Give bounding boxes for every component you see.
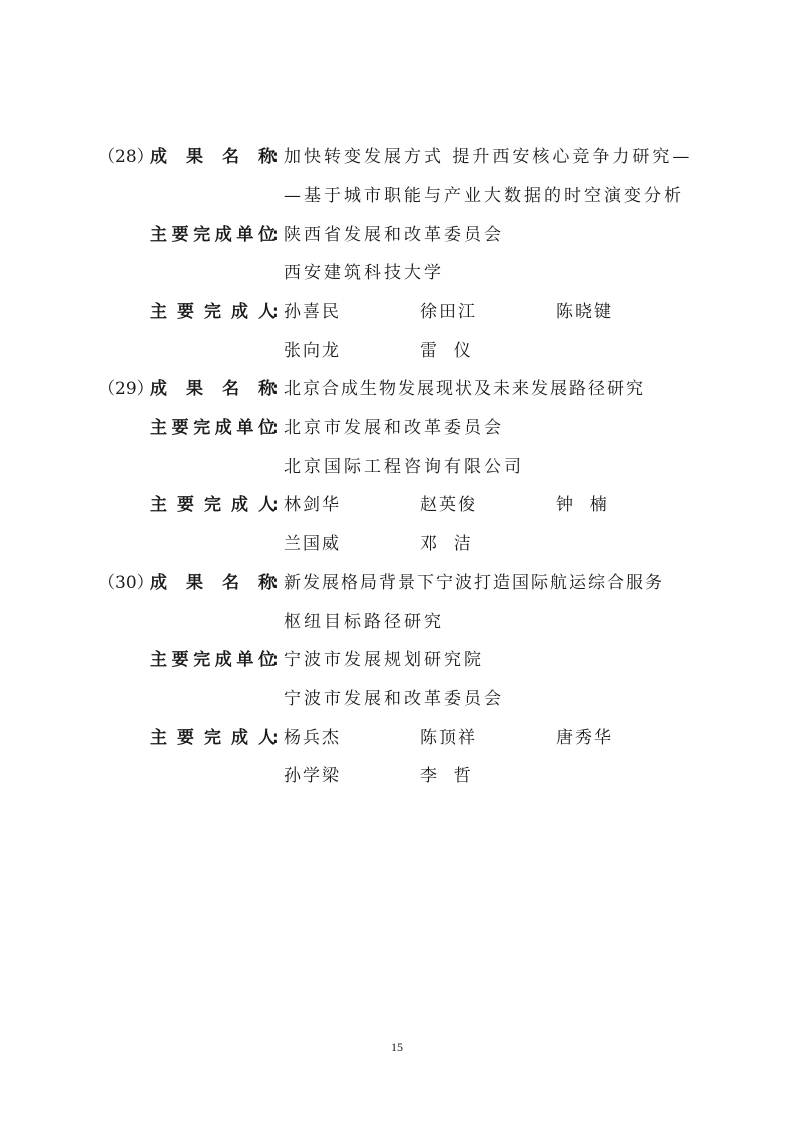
label-char: 要 bbox=[172, 416, 189, 440]
label-char: 成 bbox=[231, 300, 248, 324]
page-number: 15 bbox=[0, 1040, 794, 1055]
label-char: 完 bbox=[193, 223, 210, 247]
label-char: 成 bbox=[231, 493, 248, 517]
units-label: 主要完成单位 bbox=[150, 223, 275, 247]
label-char: 完 bbox=[193, 648, 210, 672]
label-char: 成 bbox=[215, 416, 232, 440]
unit-name: 宁波市发展规划研究院 bbox=[284, 648, 484, 672]
label-char: 单 bbox=[236, 223, 253, 247]
entry-number: （28） bbox=[98, 145, 154, 169]
person-name: 李 哲 bbox=[420, 764, 473, 788]
colon: : bbox=[272, 571, 279, 595]
result-name-label: 成 果 名 称 bbox=[150, 145, 275, 169]
entry-title-line: 枢纽目标路径研究 bbox=[284, 610, 444, 634]
colon: : bbox=[272, 726, 279, 750]
label-char: 要 bbox=[177, 300, 194, 324]
label-char: 要 bbox=[172, 648, 189, 672]
label-char: 成 bbox=[150, 377, 167, 401]
colon: : bbox=[272, 145, 279, 169]
label-char: 要 bbox=[177, 493, 194, 517]
unit-name: 西安建筑科技大学 bbox=[284, 261, 444, 285]
colon: : bbox=[272, 300, 279, 324]
person-name: 林剑华 bbox=[284, 493, 341, 517]
label-char: 果 bbox=[186, 145, 203, 169]
persons-label: 主要完成人 bbox=[150, 300, 275, 324]
units-label: 主要完成单位 bbox=[150, 416, 275, 440]
unit-name: 北京市发展和改革委员会 bbox=[284, 416, 504, 440]
entry-title-line: —基于城市职能与产业大数据的时空演变分析 bbox=[284, 184, 684, 208]
label-char: 要 bbox=[172, 223, 189, 247]
person-name: 邓 洁 bbox=[420, 532, 473, 556]
label-char: 成 bbox=[215, 223, 232, 247]
label-char: 完 bbox=[193, 416, 210, 440]
label-char: 主 bbox=[150, 416, 167, 440]
unit-name: 宁波市发展和改革委员会 bbox=[284, 687, 504, 711]
label-char: 完 bbox=[204, 300, 221, 324]
entry-title-line: 北京合成生物发展现状及未来发展路径研究 bbox=[284, 377, 645, 401]
entry-title-line: 新发展格局背景下宁波打造国际航运综合服务 bbox=[284, 571, 664, 595]
label-char: 主 bbox=[150, 223, 167, 247]
label-char: 成 bbox=[150, 145, 167, 169]
colon: : bbox=[272, 493, 279, 517]
person-name: 徐田江 bbox=[420, 300, 477, 324]
unit-name: 陕西省发展和改革委员会 bbox=[284, 223, 504, 247]
label-char: 主 bbox=[150, 648, 167, 672]
person-name: 雷 仪 bbox=[420, 339, 473, 363]
person-name: 唐秀华 bbox=[556, 726, 613, 750]
entry-title-line: 加快转变发展方式 提升西安核心竞争力研究— bbox=[284, 145, 692, 169]
entry-number: （30） bbox=[98, 571, 154, 595]
label-char: 单 bbox=[236, 648, 253, 672]
person-name: 兰国威 bbox=[284, 532, 341, 556]
label-char: 主 bbox=[150, 726, 167, 750]
label-char: 要 bbox=[177, 726, 194, 750]
colon: : bbox=[272, 416, 279, 440]
colon: : bbox=[272, 377, 279, 401]
person-name: 孙喜民 bbox=[284, 300, 341, 324]
colon: : bbox=[272, 223, 279, 247]
person-name: 陈顶祥 bbox=[420, 726, 477, 750]
label-char: 完 bbox=[204, 493, 221, 517]
label-char: 成 bbox=[215, 648, 232, 672]
persons-label: 主要完成人 bbox=[150, 726, 275, 750]
label-char: 成 bbox=[231, 726, 248, 750]
persons-label: 主要完成人 bbox=[150, 493, 275, 517]
label-char: 名 bbox=[222, 377, 239, 401]
label-char: 完 bbox=[204, 726, 221, 750]
label-char: 名 bbox=[222, 571, 239, 595]
label-char: 主 bbox=[150, 300, 167, 324]
result-name-label: 成 果 名 称 bbox=[150, 377, 275, 401]
person-name: 钟 楠 bbox=[556, 493, 609, 517]
label-char: 主 bbox=[150, 493, 167, 517]
entry-number: （29） bbox=[98, 377, 154, 401]
person-name: 孙学梁 bbox=[284, 764, 341, 788]
person-name: 杨兵杰 bbox=[284, 726, 341, 750]
result-name-label: 成 果 名 称 bbox=[150, 571, 275, 595]
person-name: 陈晓键 bbox=[556, 300, 613, 324]
label-char: 果 bbox=[186, 377, 203, 401]
person-name: 赵英俊 bbox=[420, 493, 477, 517]
person-name: 张向龙 bbox=[284, 339, 341, 363]
label-char: 名 bbox=[222, 145, 239, 169]
unit-name: 北京国际工程咨询有限公司 bbox=[284, 455, 524, 479]
label-char: 成 bbox=[150, 571, 167, 595]
colon: : bbox=[272, 648, 279, 672]
label-char: 单 bbox=[236, 416, 253, 440]
label-char: 果 bbox=[186, 571, 203, 595]
units-label: 主要完成单位 bbox=[150, 648, 275, 672]
